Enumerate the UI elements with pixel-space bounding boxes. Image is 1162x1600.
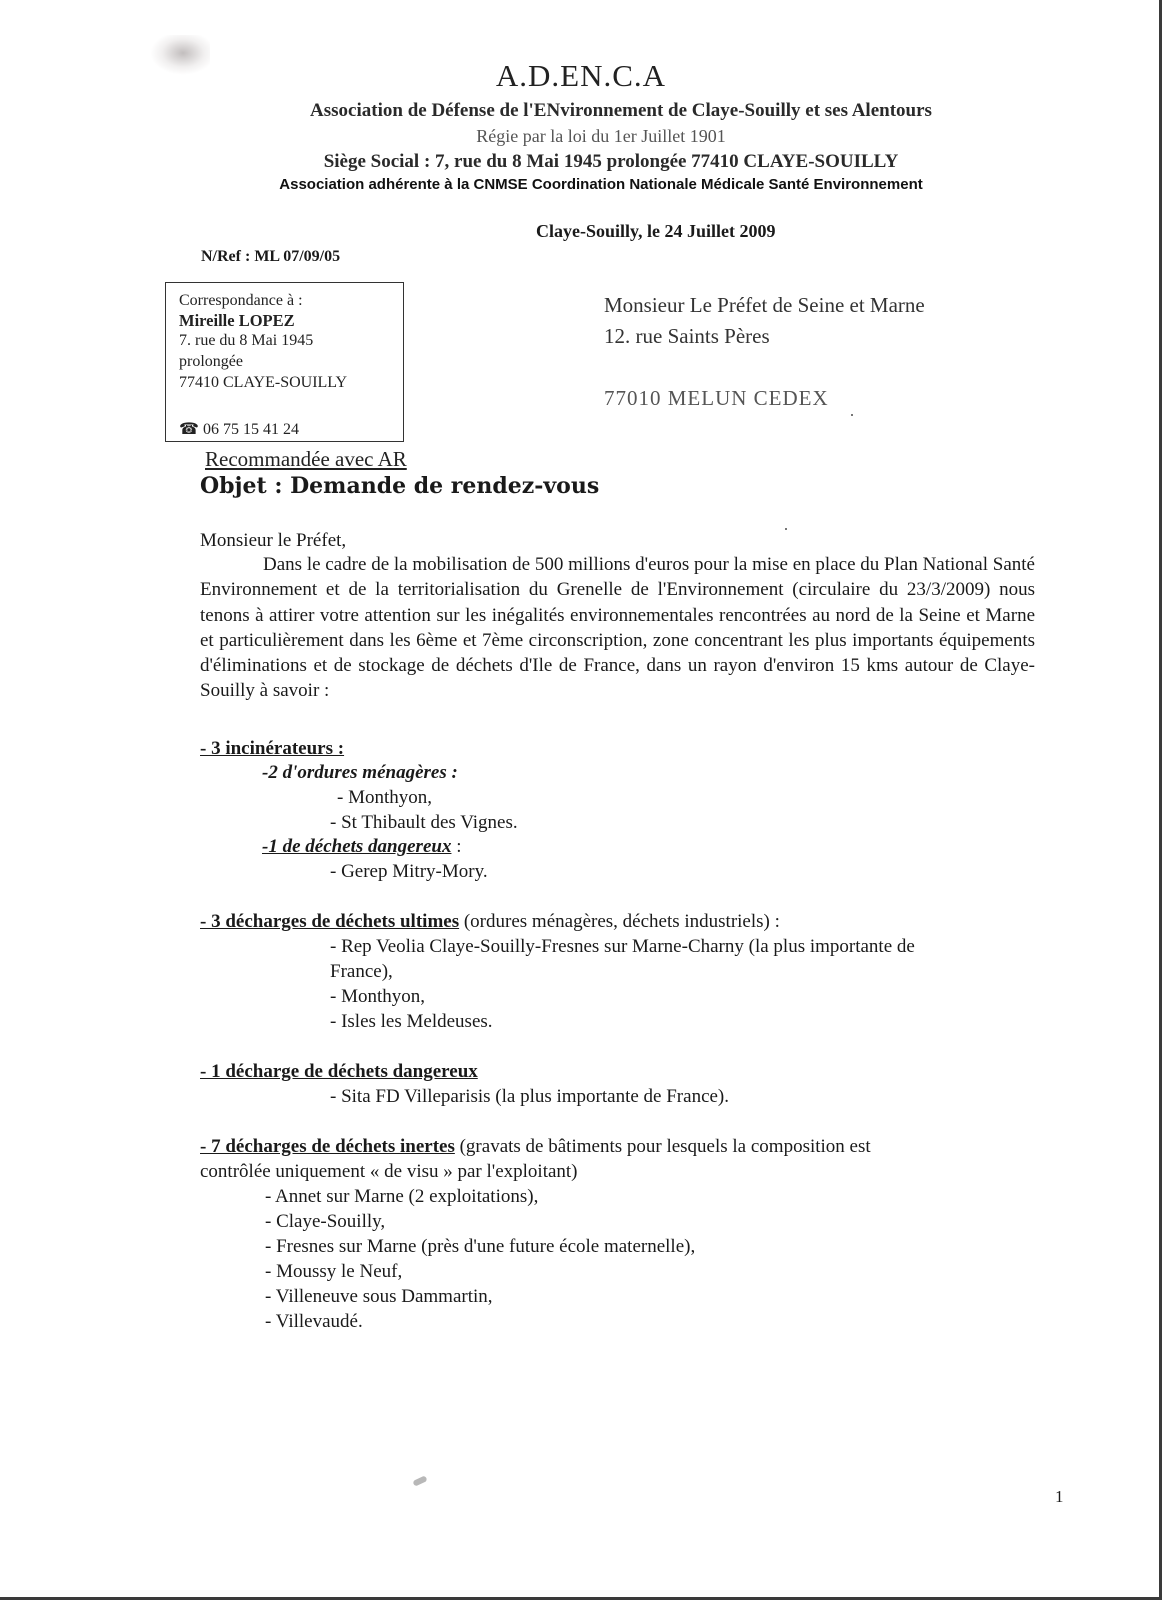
- delivery-mode: Recommandée avec AR: [205, 447, 407, 472]
- scan-speck: [785, 528, 787, 530]
- salutation: Monsieur le Préfet,: [200, 528, 346, 553]
- page-number: 1: [1055, 1487, 1064, 1507]
- subject-line: Objet : Demande de rendez-vous: [200, 473, 599, 499]
- scan-speck: [851, 414, 853, 416]
- list-item: - St Thibault des Vignes.: [330, 812, 518, 834]
- legal-status: Régie par la loi du 1er Juillet 1901: [20, 126, 1162, 147]
- list-item: - Villevaudé.: [265, 1311, 363, 1333]
- registered-office: Siège Social : 7, rue du 8 Mai 1945 prol…: [30, 151, 1162, 173]
- correspondence-name: Mireille LOPEZ: [179, 311, 295, 331]
- list-item: - Monthyon,: [337, 787, 432, 809]
- intro-paragraph: Dans le cadre de la mobilisation de 500 …: [200, 552, 1035, 704]
- subsection-hazardous-heading: -1 de déchets dangereux: [262, 836, 451, 857]
- subsection-hazardous-suffix: :: [451, 836, 461, 857]
- correspondence-label: Correspondance à :: [179, 292, 303, 310]
- subsection-household-heading: -2 d'ordures ménagères :: [262, 762, 458, 784]
- section-incinerators-heading: - 3 incinérateurs :: [200, 738, 344, 760]
- section-inert-heading: - 7 décharges de déchets inertes: [200, 1136, 455, 1157]
- section-ultimate-note: (ordures ménagères, déchets industriels)…: [459, 911, 780, 932]
- section-ultimate-heading: - 3 décharges de déchets ultimes: [200, 911, 459, 932]
- correspondence-address-3: 77410 CLAYE-SOUILLY: [179, 374, 347, 392]
- list-item: - Monthyon,: [330, 986, 425, 1008]
- recipient-line-3: 77010 MELUN CEDEX: [604, 386, 829, 411]
- list-item: France),: [330, 961, 393, 983]
- section-ultimate-row: - 3 décharges de déchets ultimes (ordure…: [200, 911, 780, 933]
- correspondence-phone: 06 75 15 41 24: [203, 421, 299, 438]
- date-line: Claye-Souilly, le 24 Juillet 2009: [536, 221, 776, 242]
- list-item: - Villeneuve sous Dammartin,: [265, 1286, 493, 1308]
- correspondence-phone-row: ☎ 06 75 15 41 24: [179, 419, 299, 439]
- correspondence-address-1: 7. rue du 8 Mai 1945: [179, 332, 313, 350]
- correspondence-address-2: prolongée: [179, 353, 243, 371]
- reference-number: N/Ref : ML 07/09/05: [201, 248, 340, 266]
- list-item: - Claye-Souilly,: [265, 1211, 385, 1233]
- list-item: - Rep Veolia Claye-Souilly-Fresnes sur M…: [330, 936, 915, 958]
- list-item: - Moussy le Neuf,: [265, 1261, 402, 1283]
- membership-line: Association adhérente à la CNMSE Coordin…: [20, 176, 1162, 193]
- list-item: - Annet sur Marne (2 exploitations),: [265, 1186, 538, 1208]
- telephone-icon: ☎: [179, 421, 199, 438]
- section-inert-note: (gravats de bâtiments pour lesquels la c…: [455, 1136, 871, 1157]
- list-item: - Sita FD Villeparisis (la plus importan…: [330, 1086, 729, 1108]
- recipient-line-1: Monsieur Le Préfet de Seine et Marne: [604, 293, 925, 318]
- recipient-line-2: 12. rue Saints Pères: [604, 324, 770, 349]
- section-inert-note-line-2: contrôlée uniquement « de visu » par l'e…: [200, 1161, 578, 1183]
- section-inert-row: - 7 décharges de déchets inertes (gravat…: [200, 1136, 871, 1158]
- section-hazardous-landfill-heading: - 1 décharge de déchets dangereux: [200, 1061, 478, 1083]
- list-item: - Fresnes sur Marne (près d'une future é…: [265, 1236, 695, 1258]
- scan-mark: [412, 1475, 427, 1486]
- association-name: Association de Défense de l'ENvironnemen…: [40, 100, 1162, 122]
- subsection-hazardous-row: -1 de déchets dangereux :: [262, 836, 461, 858]
- letterhead-title: A.D.EN.C.A: [0, 58, 1162, 94]
- list-item: - Gerep Mitry-Mory.: [330, 861, 488, 883]
- list-item: - Isles les Meldeuses.: [330, 1011, 493, 1033]
